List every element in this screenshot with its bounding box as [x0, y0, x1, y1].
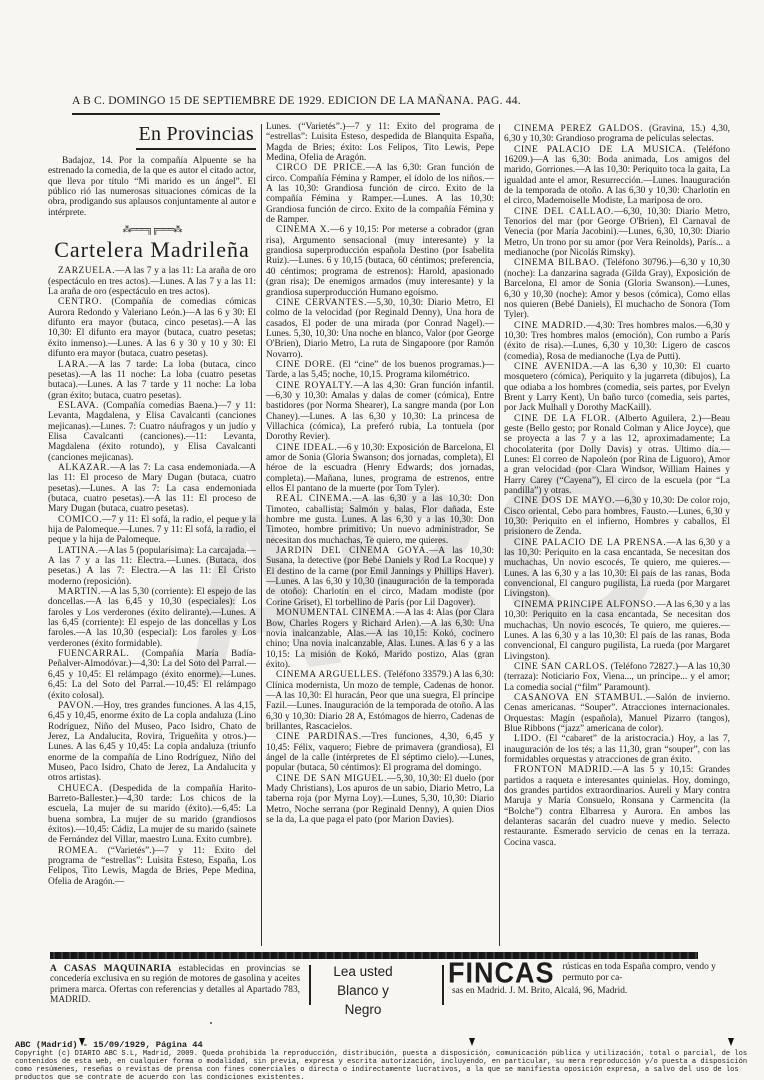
venue-name: REAL CINEMA.	[276, 494, 352, 504]
listing-entry: CINEMA PRINCIPE ALFONSO.—A las 6,30 y a …	[504, 600, 730, 662]
ad-line-1: Lea usted	[318, 962, 408, 981]
listing-text: (Alberto Aguilera, 2.)—Beau geste (Bello…	[504, 414, 730, 496]
listing-entry: ESLAVA. (Compañía comedias Baena.)—7 y 1…	[48, 401, 256, 463]
listing-text: —A las 5,30 (corriente): El espejo de la…	[48, 587, 256, 649]
listing-entry: CINE DORE. (El “cine” de los buenos prog…	[266, 360, 494, 381]
bottom-rule-left	[50, 952, 502, 959]
venue-name: CINE SAN CARLOS.	[514, 662, 608, 672]
ad-maquinaria: A CASAS MAQUINARIA establecidas en provi…	[50, 964, 300, 1006]
ad-fincas: FINCAS rústicas en toda España compro, v…	[448, 962, 718, 997]
venue-name: ZARZUELA.	[58, 266, 115, 276]
listing-entry: CINEMA PEREZ GALDOS. (Gravina, 15.) 4,30…	[504, 124, 730, 145]
venue-name: CINE DORE.	[276, 360, 335, 370]
venue-name: ROMEA.	[58, 846, 98, 856]
column-3: CINEMA PEREZ GALDOS. (Gravina, 15.) 4,30…	[504, 124, 730, 848]
copyright-line: Copyright (c) DIARIO ABC S.L, Madrid, 20…	[15, 1050, 755, 1058]
listing-entry: CINE PALACIO DE LA MUSICA. (Teléfono 162…	[504, 145, 730, 207]
venue-name: CINE PALACIO DE LA MUSICA.	[514, 145, 686, 155]
venue-name: JARDIN DEL CINEMA GOYA.	[276, 546, 429, 556]
venue-name: CINE PALACIO DE LA PRENSA.	[514, 538, 666, 548]
venue-name: LARA.	[58, 360, 89, 370]
venue-name: CINE PARDIÑAS.	[276, 732, 362, 742]
listing-entry: LARA.—A las 7 tarde: La loba (butaca, ci…	[48, 360, 256, 401]
listing-entry: CINEMA ARGUELLES. (Teléfono 33579.) A la…	[266, 670, 494, 732]
listing-entry: FRONTON MADRID.—A las 5 y 10,15: Grandes…	[504, 765, 730, 848]
venue-name: CINEMA ARGUELLES.	[276, 670, 382, 680]
ad-maquinaria-lead: A CASAS MAQUINARIA	[50, 964, 172, 974]
venue-name: CINE IDEAL.	[276, 443, 337, 453]
venue-name: CINE DE LA FLOR.	[514, 414, 611, 424]
fincas-headline: FINCAS	[448, 960, 555, 986]
listing-entry: REAL CINEMA.—A las 6,30 y a las 10,30: D…	[266, 494, 494, 546]
column-divider-2	[499, 124, 500, 946]
listing-entry: ROMEA. (“Varietés”.)—7 y 11: Exito del p…	[48, 846, 256, 887]
venue-name: CINEMA PRINCIPE ALFONSO.	[514, 600, 656, 610]
provincias-body: Badajoz, 14. Por la compañía Alpuente se…	[48, 156, 256, 218]
listing-entry: CINE MADRID.—4,30: Tres hombres malos.—6…	[504, 321, 730, 362]
page-citation: ABC (Madrid) - 15/09/1929, Página 44	[15, 1040, 755, 1050]
venue-name: MARTIN.	[58, 587, 101, 597]
ad-separator	[309, 965, 311, 1005]
listing-text: (Compañía comedias Baena.)—7 y 11: Levan…	[48, 401, 256, 463]
listing-entry: CINEMA X.—6 y 10,15: Por meterse a cobra…	[266, 225, 494, 297]
ornament-divider: ⁂═══╗╔═══⁂	[48, 224, 256, 234]
listing-entry: CHUECA. (Despedida de la compañía Harito…	[48, 784, 256, 846]
venue-name: CASANOVA EN STAMBUL.	[514, 693, 646, 703]
venue-name: CINE CERVANTES.	[276, 298, 367, 308]
venue-name: CINEMA PEREZ GALDOS.	[514, 124, 643, 134]
venue-name: CHUECA.	[58, 784, 103, 794]
continued-listing: Lunes. (“Varietés”.)—7 y 11: Exito del p…	[266, 122, 494, 163]
venue-name: CINEMA X.	[276, 225, 330, 235]
title-rule	[136, 148, 256, 150]
copyright-line: como resúmenes, reseñas o revistas de pr…	[15, 1066, 755, 1074]
listing-entry: CINE IDEAL.—6 y 10,30: Exposición de Bar…	[266, 443, 494, 495]
page-masthead: A B C. DOMINGO 15 DE SEPTIEMBRE DE 1929.…	[72, 94, 521, 107]
listing-text: —Hoy, tres grandes funciones. A las 4,15…	[48, 701, 256, 783]
venue-name: ESLAVA.	[58, 401, 99, 411]
column-1: En Provincias Badajoz, 14. Por la compañ…	[48, 122, 256, 887]
listing-entry: ZARZUELA.—A las 7 y a las 11: La araña d…	[48, 266, 256, 297]
venue-name: LATINA.	[58, 546, 98, 556]
copyright-line: productos que se contrate de acuerdo con…	[15, 1074, 755, 1080]
ad-separator	[442, 965, 444, 1005]
venue-name: CIRCO DE PRICE.	[276, 163, 366, 173]
listing-entry: MARTIN.—A las 5,30 (corriente): El espej…	[48, 587, 256, 649]
copyright-footer: ABC (Madrid) - 15/09/1929, Página 44 Cop…	[15, 1040, 755, 1080]
listing-entry: FUENCARRAL. (Compañía María Badía-Peñalv…	[48, 649, 256, 701]
venue-name: CINE AVENIDA.	[514, 362, 593, 372]
venue-name: FRONTON MADRID.	[514, 765, 613, 775]
listing-entry: LIDO. (El “cabaret” de la aristocracia.)…	[504, 734, 730, 765]
listing-entry: ALKAZAR.—A las 7: La casa endemoniada.—A…	[48, 463, 256, 515]
listing-entry: CINE SAN CARLOS. (Teléfono 72827.)—A las…	[504, 662, 730, 693]
venue-name: PAVON.	[58, 701, 94, 711]
listing-entry: PAVON.—Hoy, tres grandes funciones. A la…	[48, 701, 256, 784]
listing-entry: CINE DE SAN MIGUEL.—5,30, 10,30: El duel…	[266, 774, 494, 826]
listing-entry: CINE CERVANTES.—5,30, 10,30: Diario Metr…	[266, 298, 494, 360]
venue-name: CENTRO.	[58, 297, 102, 307]
venue-name: LIDO.	[514, 734, 542, 744]
listing-entry: CENTRO. (Compañía de comedias cómicas Au…	[48, 297, 256, 359]
provincias-title: En Provincias	[48, 122, 256, 146]
venue-name: COMICO.	[58, 515, 102, 525]
venue-name: FUENCARRAL.	[58, 649, 129, 659]
listing-entry: CINE ROYALTY.—A las 4,30: Gran función i…	[266, 381, 494, 443]
listing-text: —A las 10,30: Susana, la detective (por …	[266, 546, 494, 608]
listing-text: —6 y 10,15: Por meterse a cobrador (gran…	[266, 225, 494, 297]
listing-entry: CINE DEL CALLAO.—6,30, 10,30: Diario Met…	[504, 207, 730, 259]
venue-name: CINE MADRID.	[514, 321, 586, 331]
listing-entry: LATINA.—A las 5 (popularísima): La carca…	[48, 546, 256, 587]
listing-entry: CIRCO DE PRICE.—A las 6,30: Gran función…	[266, 163, 494, 225]
print-dot	[210, 1022, 212, 1024]
column-2: Lunes. (“Varietés”.)—7 y 11: Exito del p…	[266, 122, 494, 825]
fincas-text: rústicas en toda España compro, vendo y …	[563, 962, 716, 983]
listing-text: —A las 5 y 10,15: Grandes partidos a raq…	[504, 765, 730, 847]
venue-name: ALKAZAR.	[58, 463, 110, 473]
listing-entry: CINE DE LA FLOR. (Alberto Aguilera, 2.)—…	[504, 414, 730, 497]
venue-name: MONUMENTAL CINEMA.	[276, 608, 395, 618]
listing-entry: CINE AVENIDA.—A las 6,30 y 10,30: El cua…	[504, 362, 730, 414]
venue-name: CINE DE SAN MIGUEL.	[276, 774, 387, 784]
venue-name: CINE DOS DE MAYO.	[514, 496, 615, 506]
newspaper-page: ABC A B C. DOMINGO 15 DE SEPTIEMBRE DE 1…	[0, 0, 764, 1080]
listing-text: —5,30, 10,30: Diario Metro, El colmo de …	[266, 298, 494, 360]
venue-name: CINE ROYALTY.	[276, 381, 353, 391]
ad-line-2: Blanco y Negro	[318, 981, 408, 1019]
masthead-rule	[72, 113, 440, 115]
venue-name: CINEMA BILBAO.	[514, 258, 600, 268]
copyright-line: contenidos de esta web, en cualquier for…	[15, 1058, 755, 1066]
cartelera-title: Cartelera Madrileña	[48, 238, 256, 262]
listing-entry: CINEMA BILBAO. (Teléfono 30796.)—6,30 y …	[504, 258, 730, 320]
listing-entry: JARDIN DEL CINEMA GOYA.—A las 10,30: Sus…	[266, 546, 494, 608]
listing-entry: CINE PALACIO DE LA PRENSA.—A las 6,30 y …	[504, 538, 730, 600]
listing-entry: CINE PARDIÑAS.—Tres funciones, 4,30, 6,4…	[266, 732, 494, 773]
listing-entry: CASANOVA EN STAMBUL.—Salón de invierno. …	[504, 693, 730, 734]
listing-entry: MONUMENTAL CINEMA.—A las 4: Alas (por Cl…	[266, 608, 494, 670]
listing-entry: CINE DOS DE MAYO.—6,30 y 10,30: De color…	[504, 496, 730, 537]
ad-blanco-y-negro: Lea usted Blanco y Negro	[318, 962, 408, 1019]
column-divider-1	[261, 124, 262, 946]
listing-entry: COMICO.—7 y 11: El sofá, la radio, el pe…	[48, 515, 256, 546]
venue-name: CINE DEL CALLAO.	[514, 207, 614, 217]
